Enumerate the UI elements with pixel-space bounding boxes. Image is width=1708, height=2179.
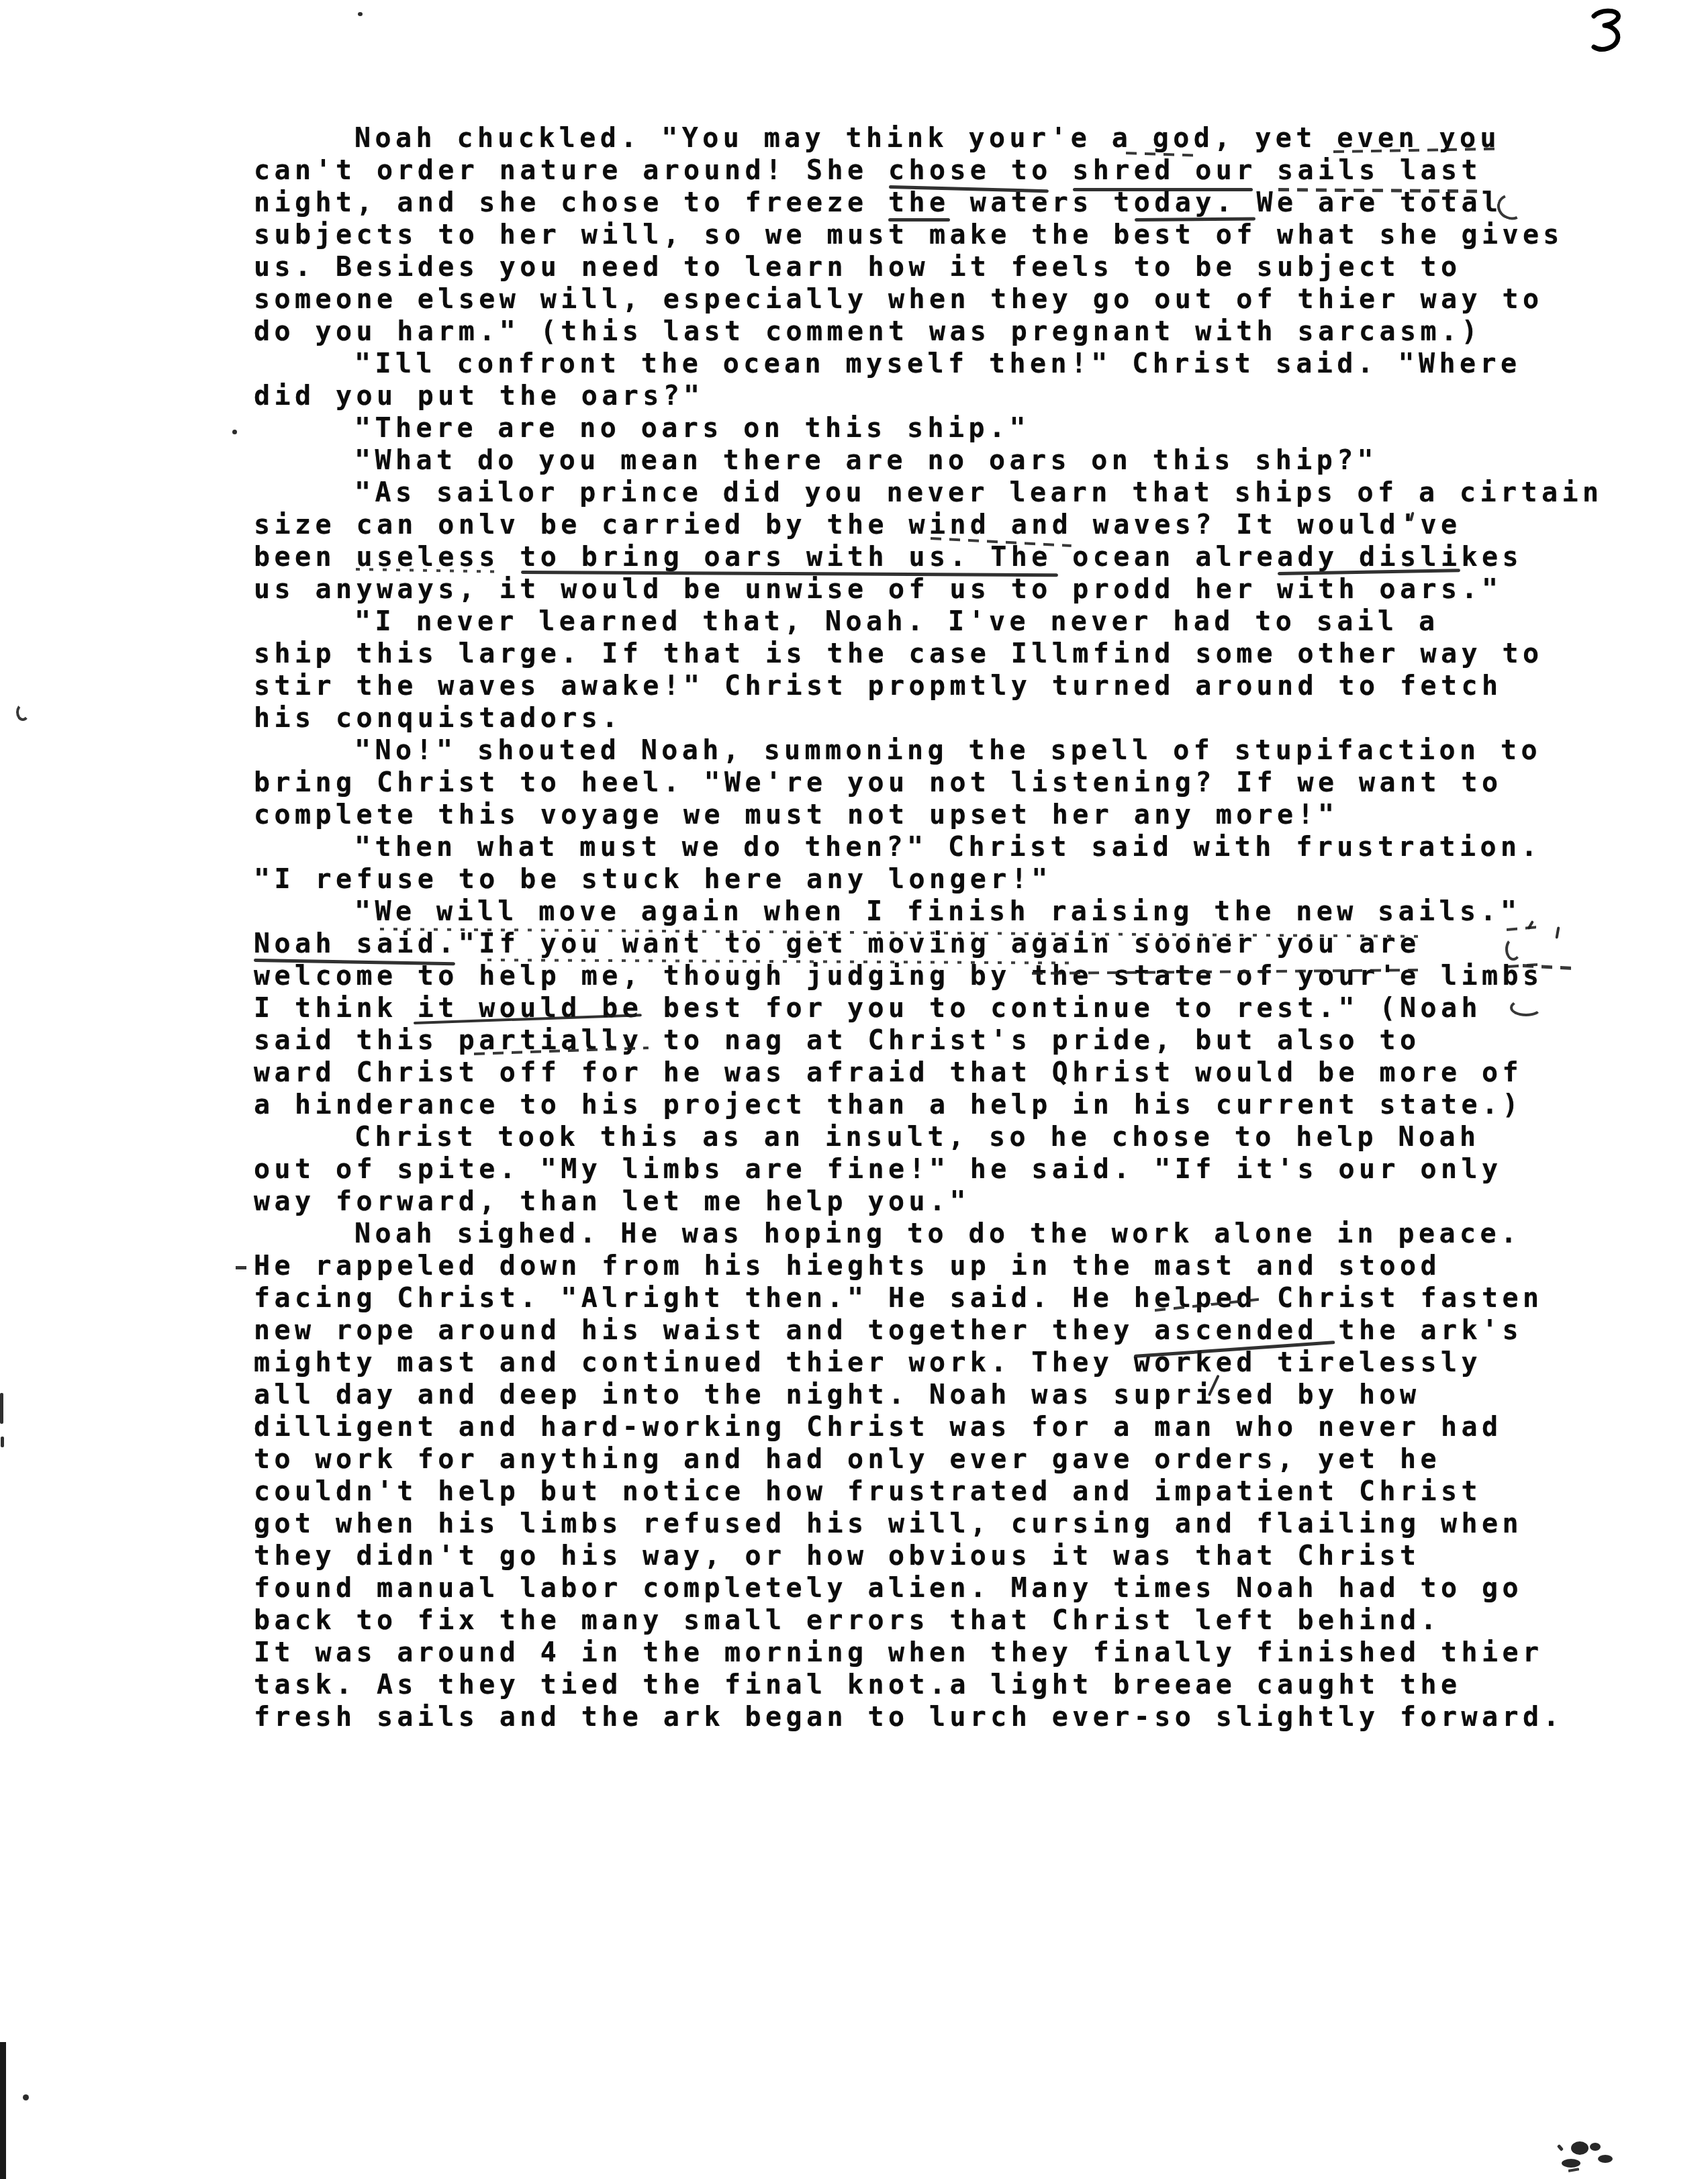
smudge-bottom-right-5 <box>1598 2155 1613 2163</box>
dot-bottom-left <box>23 2094 29 2100</box>
manuscript-page: Noah chuckled. "You may think your'e a g… <box>0 0 1708 2179</box>
edge-tick-2 <box>1 1437 4 1447</box>
smudge-bottom-right-3 <box>1590 2143 1601 2151</box>
underline-shred-our <box>1073 188 1253 191</box>
paragraph: Noah chuckled. "You may think your'e a g… <box>254 122 1623 348</box>
paragraph: "then what must we do then?" Christ said… <box>254 831 1623 895</box>
margin-curl-1 <box>1505 938 1521 961</box>
dash-before-he-rappeled <box>236 1266 250 1269</box>
paragraph: Christ took this as an insult, so he cho… <box>254 1121 1623 1218</box>
paragraph: Noah sighed. He was hoping to do the wor… <box>254 1218 1623 1733</box>
edge-tick-1 <box>0 1393 3 1424</box>
smudge-bottom-right-4 <box>1562 2159 1580 2168</box>
dot-left-margin <box>232 430 237 434</box>
paragraph: "No!" shouted Noah, summoning the spell … <box>254 734 1623 831</box>
margin-curl-2 <box>1510 999 1542 1016</box>
dot-top <box>358 12 363 16</box>
edge-sliver-bottom-left <box>0 2042 6 2179</box>
comma-left-edge <box>16 704 30 721</box>
paragraph: "I never learned that, Noah. I've never … <box>254 606 1623 734</box>
smudge-bottom-right-6 <box>1568 2168 1582 2172</box>
underline-the <box>888 218 950 222</box>
paragraph: "There are no oars on this ship." <box>254 412 1623 444</box>
paragraph: "What do you mean there are no oars on t… <box>254 444 1623 477</box>
handwritten-page-number <box>1590 7 1625 55</box>
smudge-bottom-right-2 <box>1557 2144 1564 2151</box>
smudge-bottom-right-1 <box>1571 2141 1588 2155</box>
paragraph: "As sailor prince did you never learn th… <box>254 477 1623 606</box>
paragraph: "Ill confront the ocean myself then!" Ch… <box>254 348 1623 412</box>
